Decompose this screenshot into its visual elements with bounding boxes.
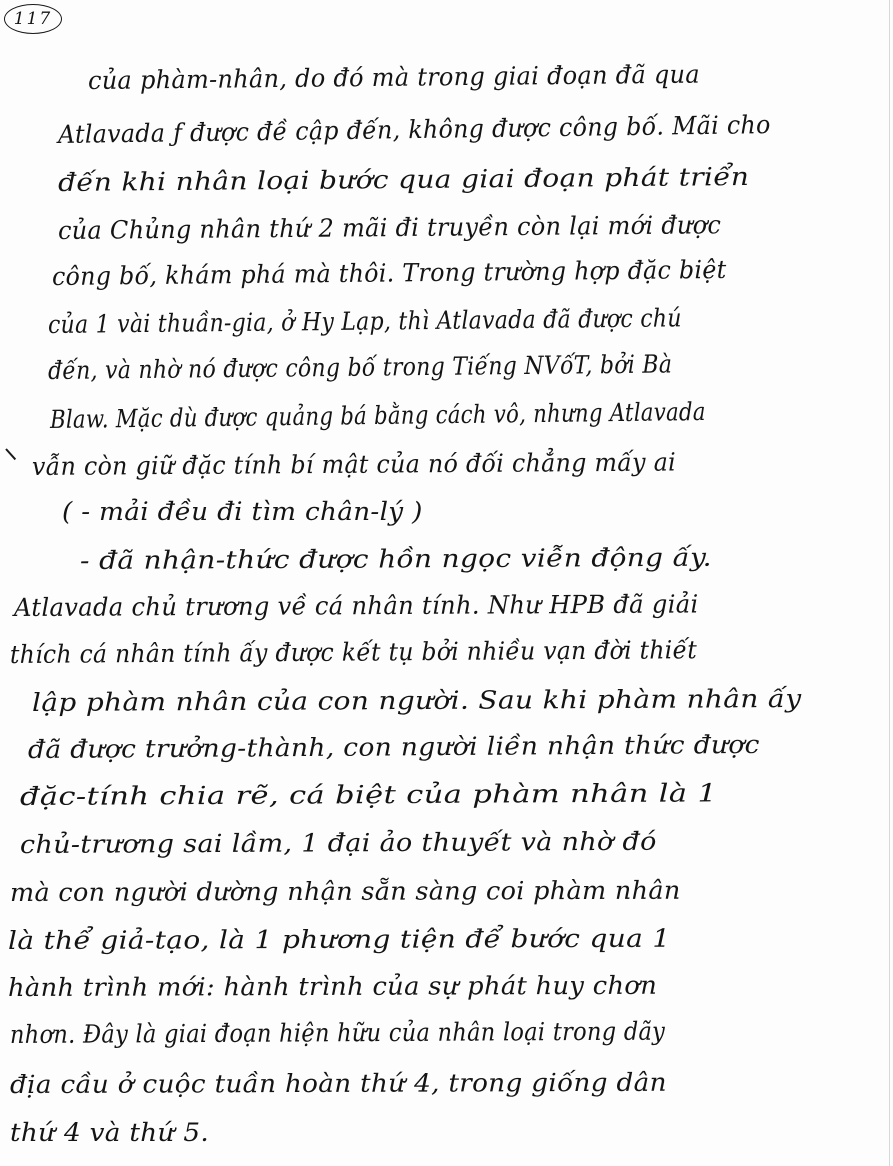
text-line-5: công bố, khám phá mà thôi. Trong trường … bbox=[52, 255, 727, 291]
text-line-13: thích cá nhân tính ấy được kết tụ bởi nh… bbox=[10, 635, 697, 669]
text-line-8: Blaw. Mặc dù được quảng bá bằng cách vô,… bbox=[50, 397, 706, 434]
page-number: 117 bbox=[4, 4, 62, 34]
text-line-1: của phàm-nhân, do đó mà trong giai đoạn … bbox=[88, 60, 700, 95]
text-line-19: là thể giả-tạo, là 1 phương tiện để bước… bbox=[8, 924, 671, 955]
text-line-22: địa cầu ở cuộc tuần hoàn thứ 4, trong gi… bbox=[10, 1068, 667, 1099]
text-line-23: thứ 4 và thứ 5. bbox=[10, 1118, 209, 1147]
text-line-4: của Chủng nhân thứ 2 mãi đi truyền còn l… bbox=[58, 210, 721, 245]
text-line-18: mà con người dường nhận sẵn sàng coi phà… bbox=[10, 876, 681, 907]
text-line-15: đã được trưởng-thành, con người liền nhậ… bbox=[28, 730, 760, 764]
text-line-21: nhơn. Đây là giai đoạn hiện hữu của nhân… bbox=[10, 1017, 665, 1049]
text-line-7: đến, và nhờ nó được công bố trong Tiếng … bbox=[48, 349, 672, 385]
text-line-14: lập phàm nhân của con người. Sau khi phà… bbox=[32, 684, 802, 717]
text-line-20: hành trình mới: hành trình của sự phát h… bbox=[8, 971, 657, 1002]
manuscript-page: 117 của phàm-nhân, do đó mà trong giai đ… bbox=[0, 0, 893, 1166]
text-line-10: ( - mải đều đi tìm chân-lý ) bbox=[62, 497, 423, 526]
text-line-3: đến khi nhân loại bước qua giai đoạn phá… bbox=[58, 162, 749, 197]
text-line-2: Atlavada ƒ được đề cập đến, không được c… bbox=[58, 110, 771, 149]
margin-mark bbox=[5, 448, 16, 460]
text-line-16: đặc-tính chia rẽ, cá biệt của phàm nhân … bbox=[20, 778, 717, 811]
text-line-12: Atlavada chủ trương về cá nhân tính. Như… bbox=[14, 589, 699, 622]
text-line-6: của 1 vài thuần-gia, ở Hy Lạp, thì Atlav… bbox=[48, 303, 682, 339]
text-line-11: - đã nhận-thức được hồn ngọc viễn động ấ… bbox=[80, 543, 712, 575]
page-edge bbox=[889, 0, 890, 1166]
text-line-9: vẫn còn giữ đặc tính bí mật của nó đối c… bbox=[32, 448, 676, 481]
text-line-17: chủ-trương sai lầm, 1 đại ảo thuyết và n… bbox=[20, 827, 657, 859]
